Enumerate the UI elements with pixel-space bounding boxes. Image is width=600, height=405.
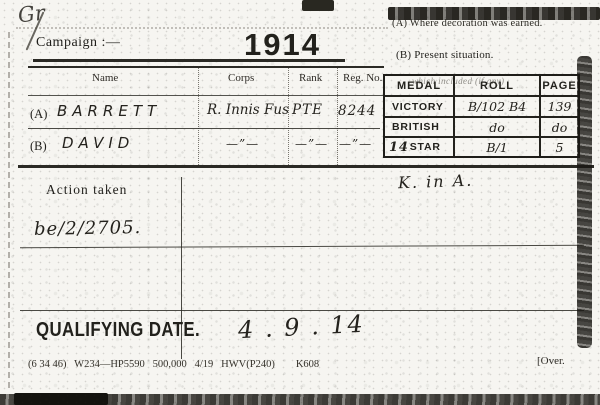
horizontal-rule-2 bbox=[20, 310, 584, 311]
name-table-bottom-border bbox=[18, 165, 594, 168]
card-right-torn-edge bbox=[577, 56, 592, 348]
medal-row-british-roll: do bbox=[453, 116, 539, 136]
row-b-forename: DAVID bbox=[62, 134, 134, 152]
column-header-name: Name bbox=[92, 72, 118, 84]
row-b-rank-ditto: —”— bbox=[295, 137, 328, 151]
killed-in-action-note: K. in A. bbox=[398, 171, 474, 193]
column-header-corps: Corps bbox=[228, 72, 254, 84]
name-table-col-divider-1 bbox=[198, 66, 199, 167]
campaign-underline bbox=[33, 59, 345, 62]
name-table-header-rule bbox=[28, 95, 384, 96]
name-table-row-rule bbox=[28, 128, 380, 129]
row-b-prefix: (B) bbox=[30, 139, 47, 154]
column-header-reg-no: Reg. No. bbox=[343, 72, 382, 84]
over-note: [Over. bbox=[537, 355, 565, 367]
medal-row-star-label: 14 STAR bbox=[385, 136, 453, 156]
row-a-rank: PTE bbox=[292, 102, 323, 118]
campaign-year: 1914 bbox=[244, 27, 321, 63]
row-a-corps: R. Innis Fus bbox=[207, 102, 289, 118]
medal-row-victory-label: VICTORY bbox=[385, 95, 453, 116]
medal-row-star-page: 5 bbox=[539, 136, 578, 156]
medal-row-british-label: BRITISH bbox=[385, 116, 453, 136]
note-present-situation: (B) Present situation. bbox=[396, 49, 494, 61]
medal-roll-table: MEDAL ROLL PAGE VICTORY B/102 B4 139 BRI… bbox=[383, 74, 580, 158]
star-printed-label: STAR bbox=[410, 141, 441, 153]
column-header-rank: Rank bbox=[299, 72, 322, 84]
medal-row-british-page: do bbox=[539, 116, 578, 136]
printer-code: (6 34 46) W234—HP5590 500,000 4/19 HWV(P… bbox=[28, 359, 319, 370]
medal-index-card: Gr Campaign :— 1914 (A) Where decoration… bbox=[0, 0, 600, 405]
card-left-edge bbox=[8, 32, 10, 388]
medal-row-star-roll: B/1 bbox=[453, 136, 539, 156]
row-a-prefix: (A) bbox=[30, 107, 47, 122]
qualifying-date-value: 4 . 9 . 14 bbox=[237, 310, 365, 345]
campaign-label: Campaign :— bbox=[36, 35, 120, 51]
medal-row-victory-page: 139 bbox=[539, 95, 578, 116]
row-b-reg-no-ditto: —”— bbox=[339, 137, 372, 151]
row-b-corps-ditto: —”— bbox=[226, 137, 259, 151]
qualifying-date-stamp: QUALIFYING DATE. bbox=[36, 319, 200, 342]
scan-smudge-top bbox=[302, 0, 334, 11]
row-a-surname: BARRETT bbox=[57, 102, 161, 120]
medal-table-faint-overprint: which included (if any) bbox=[412, 76, 572, 86]
action-reference-number: be/2/2705. bbox=[34, 217, 142, 240]
medal-row-victory-roll: B/102 B4 bbox=[453, 95, 539, 116]
card-top-edge bbox=[16, 27, 388, 29]
row-a-reg-no: 8244 bbox=[338, 103, 376, 119]
horizontal-rule-1 bbox=[20, 245, 584, 249]
note-where-decoration-earned: (A) Where decoration was earned. bbox=[392, 18, 543, 29]
scan-smudge-bottom-left bbox=[14, 393, 108, 405]
name-table-top-border bbox=[28, 66, 384, 68]
action-taken-label: Action taken bbox=[46, 182, 127, 198]
star-handwritten-prefix: 14 bbox=[387, 140, 409, 155]
